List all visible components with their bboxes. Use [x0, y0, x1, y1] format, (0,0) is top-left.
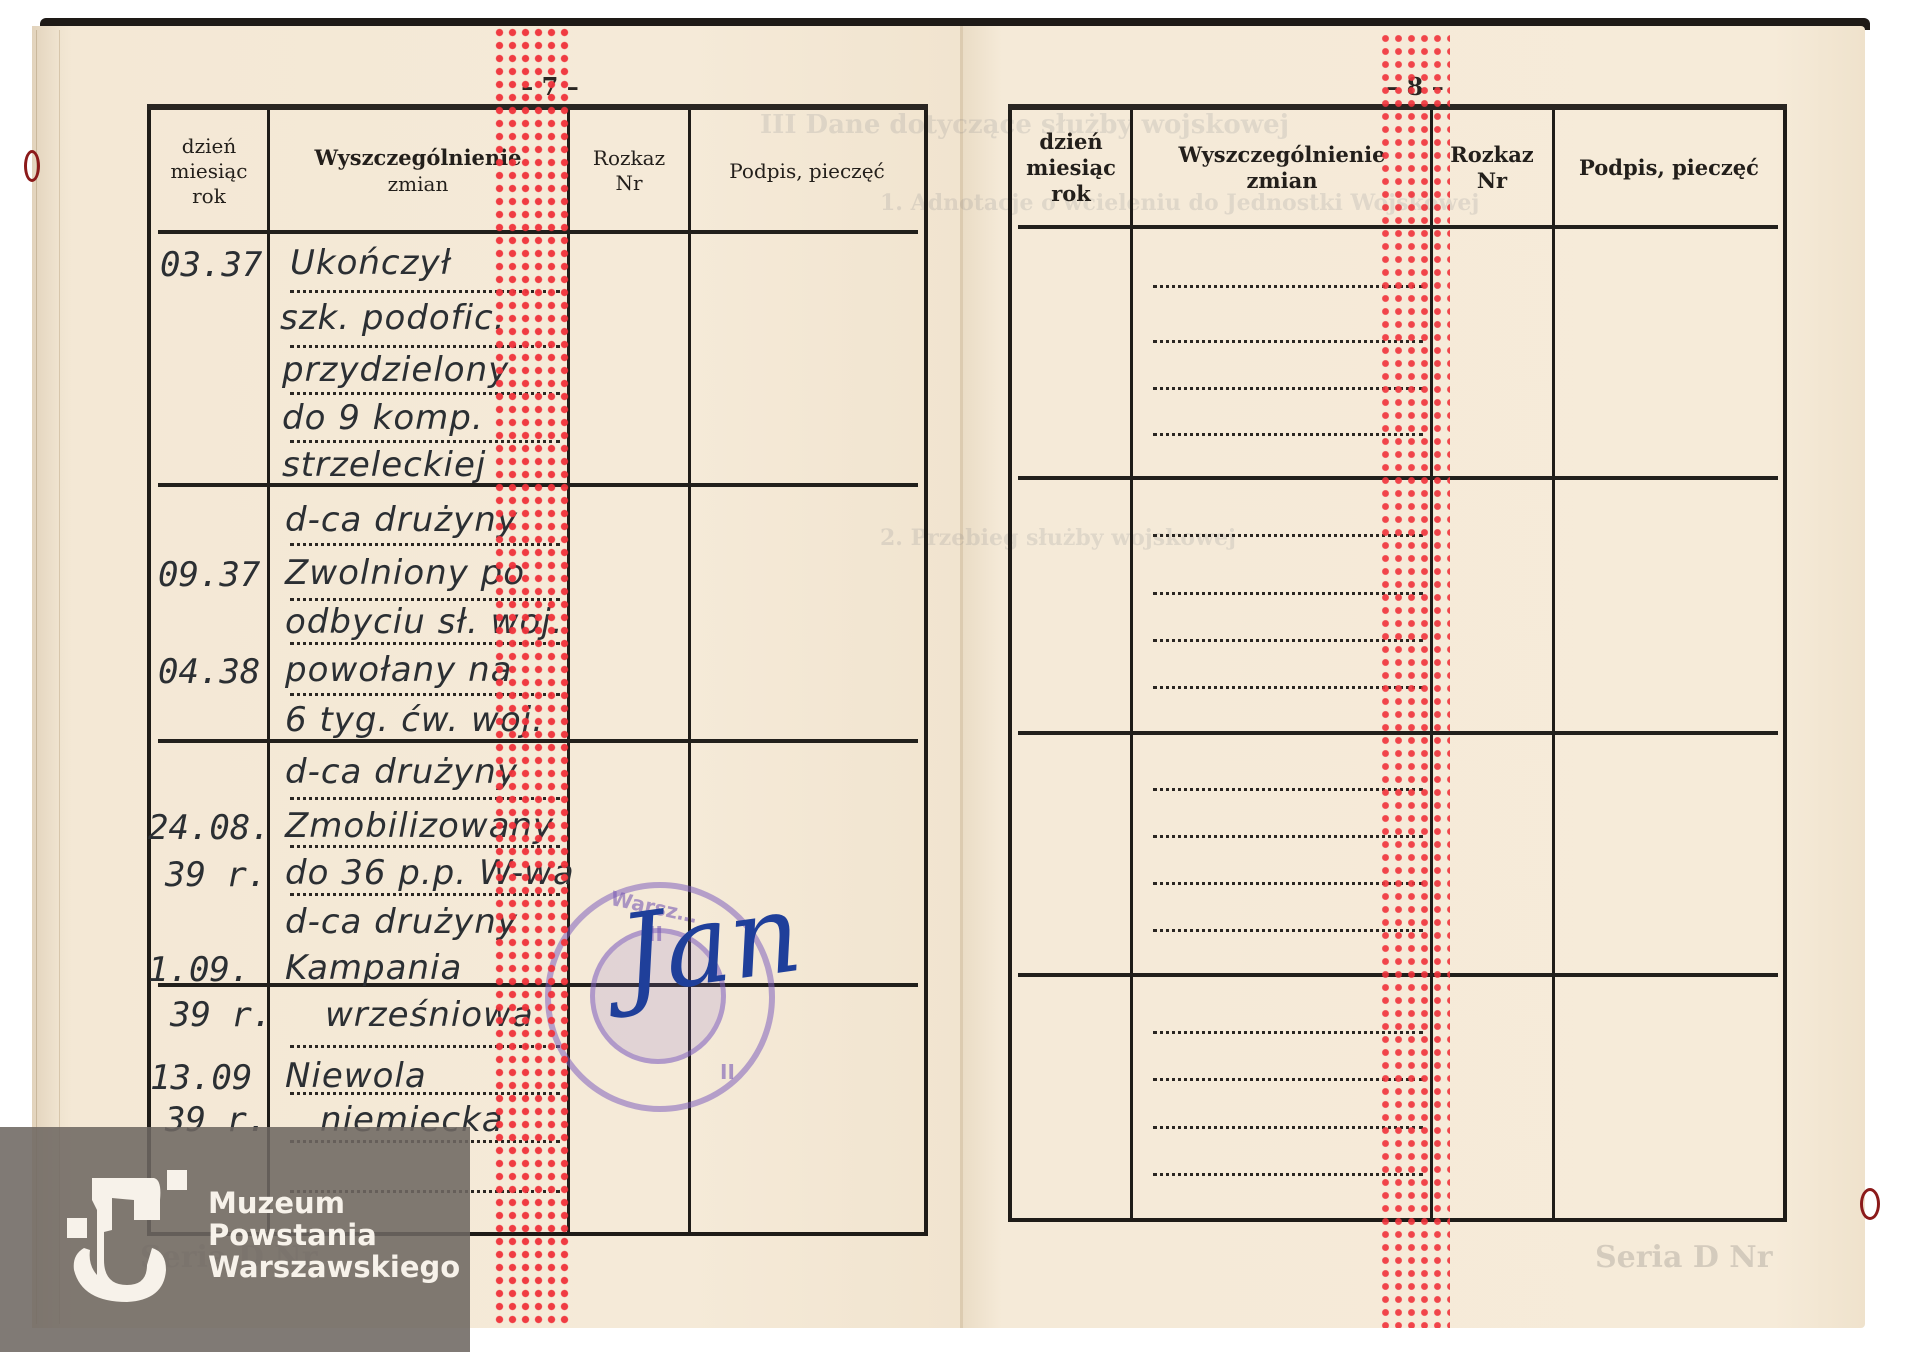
entry-text: d-ca drużyny	[285, 752, 518, 792]
header-details-line-2: zmian	[1247, 168, 1318, 194]
entry-text: Zwolniony po	[285, 553, 525, 593]
entry-text: Niewola	[285, 1056, 427, 1096]
entry-date: 1.09.	[148, 950, 250, 990]
right-header-signature: Podpis, pieczęć	[1555, 112, 1783, 224]
security-band-right	[1379, 32, 1450, 1328]
handwritten-signature: Jan	[612, 868, 809, 1020]
binding-thread-left	[24, 150, 40, 182]
header-date-line-3: rok	[192, 184, 226, 209]
entry-text: Ukończył	[290, 243, 451, 283]
security-band-left	[493, 26, 570, 1328]
entry-date: 39 r.	[165, 855, 267, 895]
right-header-order: Rozkaz Nr	[1433, 112, 1551, 224]
right-col-divider-1	[1130, 110, 1133, 1218]
watermark-line-3: Warszawskiego	[208, 1252, 460, 1282]
entry-text: do 9 komp.	[282, 398, 484, 438]
header-details-line-1: Wyszczególnienie	[314, 145, 521, 171]
entry-text: Kampania	[285, 948, 462, 988]
header-order-line-1: Rozkaz	[593, 146, 665, 171]
header-order-line-2: Nr	[615, 171, 642, 196]
book-spine	[960, 26, 963, 1328]
header-date-line-1: dzień	[182, 134, 236, 159]
entry-date: 04.38	[158, 652, 260, 692]
right-col-divider-3	[1552, 110, 1555, 1218]
entry-text: strzeleckiej	[282, 445, 486, 485]
entry-date: 09.37	[158, 555, 260, 595]
watermark-line-2: Powstania	[208, 1220, 377, 1250]
header-order-line-1: Rozkaz	[1450, 142, 1533, 168]
entry-text: powołany na	[285, 650, 512, 690]
entry-text: d-ca drużyny	[285, 500, 518, 540]
left-header-signature: Podpis, pieczęć	[691, 112, 923, 230]
series-number-right: Seria D Nr	[1595, 1240, 1773, 1275]
binding-thread-right	[1860, 1188, 1880, 1220]
header-date-line-2: miesiąc	[1026, 155, 1116, 181]
entry-date: 39 r.	[170, 995, 272, 1035]
entry-text: szk. podofic.	[280, 298, 506, 338]
entry-text: przydzielony	[282, 350, 509, 390]
stamp-text-bottom: II	[720, 1060, 735, 1084]
left-col-divider-1	[267, 110, 270, 1232]
header-date-line-2: miesiąc	[171, 159, 248, 184]
watermark-line-1: Muzeum	[208, 1188, 345, 1218]
left-header-date: dzień miesiąc rok	[152, 112, 266, 230]
kotwica-icon	[62, 1170, 192, 1305]
left-header-order: Rozkaz Nr	[570, 112, 688, 230]
header-order-line-2: Nr	[1477, 168, 1507, 194]
entry-date: 24.08.	[148, 808, 271, 848]
header-details-line-2: zmian	[388, 172, 449, 197]
right-header-date: dzień miesiąc rok	[1013, 112, 1129, 224]
entry-date: 13.09	[150, 1058, 252, 1098]
entry-date: 03.37	[160, 245, 262, 285]
header-details-line-1: Wyszczególnienie	[1178, 142, 1385, 168]
entry-text: d-ca drużyny	[285, 902, 518, 942]
header-date-line-1: dzień	[1039, 129, 1102, 155]
header-date-line-3: rok	[1051, 181, 1091, 207]
